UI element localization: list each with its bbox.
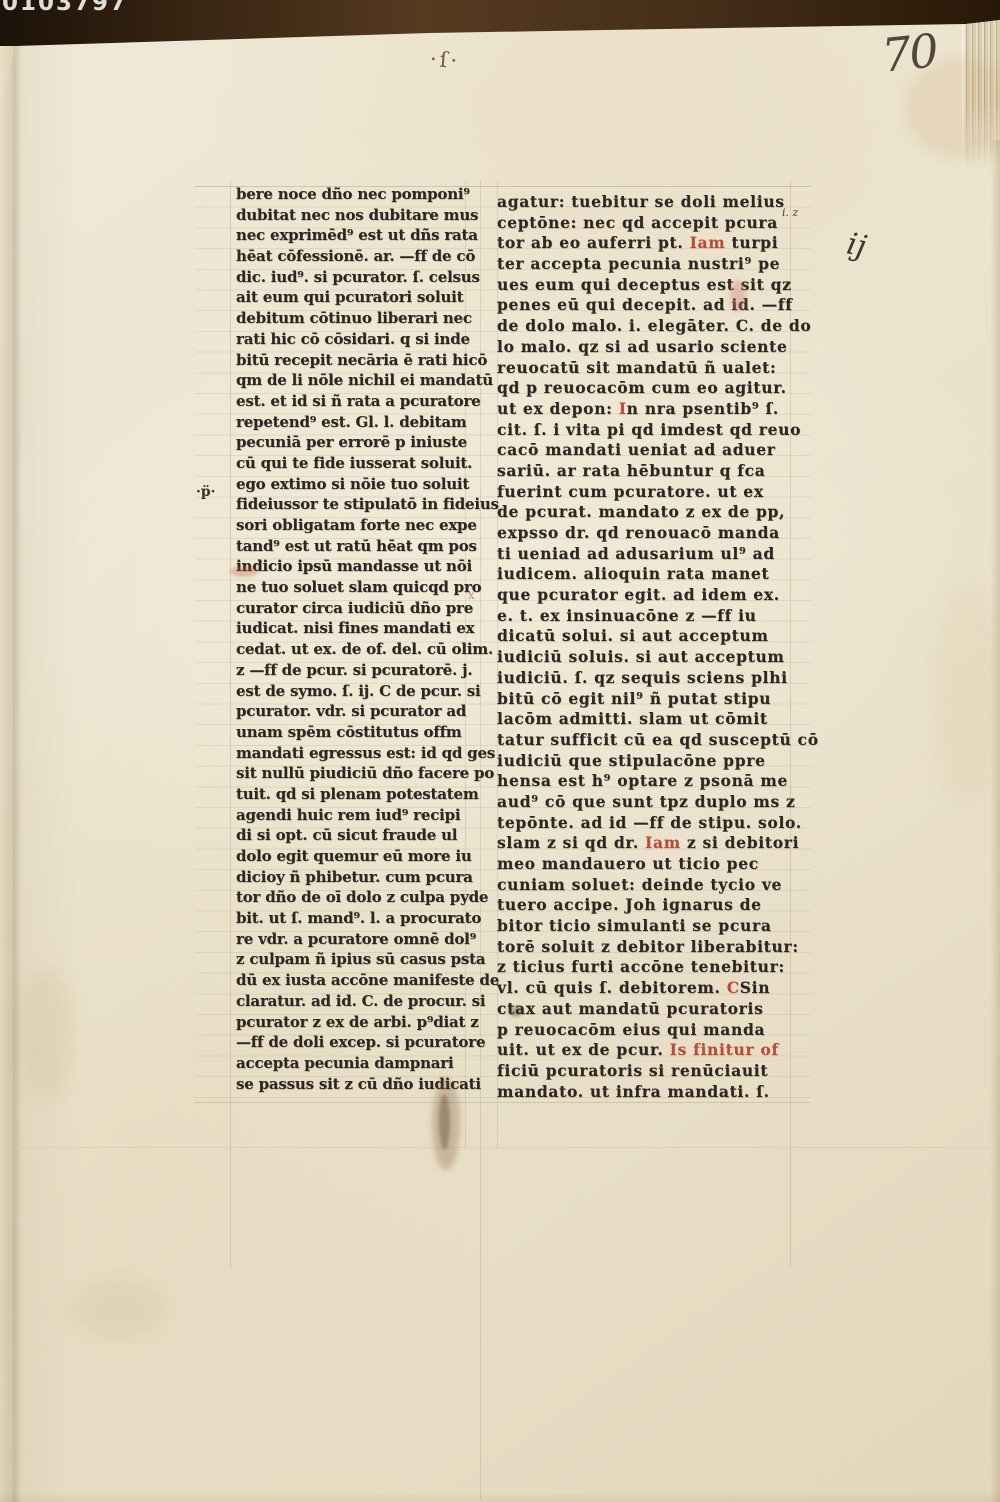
text-line: ego extimo si nōie tuo soluit [236,474,468,495]
stain [905,58,1000,158]
text-line: ctax aut mandatū pcuratoris [497,999,791,1020]
text-line: re vdr. a pcuratore omnē dol⁹ [236,929,468,950]
text-line: que pcurator egit. ad idem ex. [497,585,791,606]
text-line: expsso dr. qd renouacō manda [497,523,791,544]
text-line: pecuniā per errorē p iniuste [236,432,468,453]
text-line: reuocatū sit mandatū ñ ualet: [497,358,791,379]
text-line: est. et id si ñ rata a pcuratore [236,391,468,412]
text-line: dolo egit quemur eū more iu [236,846,468,867]
text-line: ut ex depon: In nra psentib⁹ ſ. [497,399,791,420]
text-line: tuero accipe. Joh ignarus de [497,895,791,916]
text-line: sori obligatam forte nec expe [236,515,468,536]
text-line: dicioy ñ phibetur. cum pcura [236,867,468,888]
text-line: lacōm admitti. slam ut cōmit [497,709,791,730]
text-line: iudicat. nisi fines mandati ex [236,618,468,639]
text-line: tepōnte. ad id —ff de stipu. solo. [497,813,791,834]
text-line: indicio ipsū mandasse ut nōi [236,556,468,577]
text-line: mandato. ut infra mandati. ſ. [497,1082,791,1103]
text-line: tand⁹ est ut ratū hēat qm pos [236,536,468,557]
text-line: claratur. ad id. C. de procur. si [236,991,468,1012]
ruling-vertical [230,180,231,1268]
text-line: bitor ticio simulanti se pcura [497,916,791,937]
text-line: fideiussor te stipulatō in fideius [236,494,468,515]
text-line: bit. ut ſ. mand⁹. l. a procurato [236,908,468,929]
text-line: iudiciū. ſ. qz sequis sciens plhi [497,668,791,689]
text-line: di si opt. cū sicut fraude ul [236,825,468,846]
text-line: debitum cōtinuo liberari nec [236,308,468,329]
text-column-left: bere noce dño nec pomponi⁹dubitat nec no… [236,184,468,1094]
text-line: iudiciū que stipulacōne ppre [497,751,791,772]
margin-mark-x: x [468,588,475,602]
manuscript-page: 70 ·ſ· bere noce dño nec pomponi⁹dubitat… [0,0,1000,1502]
text-line: cedat. ut ex. de of. del. cū olim. [236,639,468,660]
text-line: tatur sufficit cū ea qd susceptū cō [497,730,791,751]
text-line: pcurator. vdr. si pcurator ad [236,701,468,722]
text-line: ues eum qui deceptus est sit qz [497,275,791,296]
text-line: accepta pecunia dampnari [236,1053,468,1074]
text-line: qd p reuocacōm cum eo agitur. [497,378,791,399]
shelfmark: 0103797 [2,0,128,16]
text-column-right: agatur: tuebitur se doli meliusceptōne: … [497,192,791,1102]
stain [935,580,1000,800]
text-line: tor dño de oī dolo z culpa pyde [236,887,468,908]
rubricated-text: I [619,399,627,418]
text-line: se passus sit z cū dño iudicati [236,1074,468,1095]
rubricated-text: Is finitur of [670,1040,779,1059]
text-line: pcurator z ex de arbi. p⁹diat z [236,1012,468,1033]
rubricated-text: Iam [690,233,726,252]
margin-mark-paragraph: ·p̈· [196,484,216,500]
text-line: sit nullū piudiciū dño facere po [236,763,468,784]
text-line: cit. ſ. i vita pi qd imdest qd reuo [497,420,791,441]
text-line: penes eū qui decepit. ad id. —ff [497,295,791,316]
text-line: dubitat nec nos dubitare mus [236,205,468,226]
text-line: bitū cō egit nil⁹ ñ putat stipu [497,689,791,710]
text-line: cuniam soluet: deinde tycio ve [497,875,791,896]
text-line: e. t. ex insinuacōne z —ff iu [497,606,791,627]
text-line: rati hic cō cōsidari. q si inde [236,329,468,350]
rubricated-text: Iam [645,833,681,852]
page-bottom-edge [0,1492,1000,1502]
text-line: ceptōne: nec qd accepit pcura [497,213,791,234]
stain [70,1278,165,1340]
text-line: repetend⁹ est. Gl. l. debitam [236,412,468,433]
rubricated-text: C [727,978,740,997]
text-line: ter accepta pecunia nustri⁹ pe [497,254,791,275]
page-top-edge [0,7,1000,33]
stain [508,1006,523,1017]
stain [439,1094,450,1150]
text-line: ne tuo soluet slam quicqd pro [236,577,468,598]
text-line: mandati egressus est: id qd ges [236,743,468,764]
text-line: iudicem. alioquin rata manet [497,564,791,585]
text-line: de dolo malo. i. elegāter. C. de do [497,316,791,337]
text-line: iudiciū soluis. si aut acceptum [497,647,791,668]
text-line: ficiū pcuratoris si renūciauit [497,1061,791,1082]
stain [730,280,746,312]
text-line: sariū. ar rata hēbuntur q fca [497,461,791,482]
text-line: p reuocacōm eius qui manda [497,1020,791,1041]
ruling-horizontal [20,1147,990,1148]
text-line: meo mandauero ut ticio pec [497,854,791,875]
text-line: ait eum qui pcuratori soluit [236,287,468,308]
text-line: bitū recepit necāria ē rati hicō [236,350,468,371]
text-line: qm de li nōle nichil ei mandatū [236,370,468,391]
text-line: hēat cōfessionē. ar. —ff de cō [236,246,468,267]
text-line: cū qui te fide iusserat soluit. [236,453,468,474]
text-line: vl. cū quis ſ. debitorem. CSin [497,978,791,999]
text-line: dic. iud⁹. si pcurator. ſ. celsus [236,267,468,288]
text-line: tor ab eo auferri pt. Iam turpi [497,233,791,254]
text-line: fuerint cum pcuratore. ut ex [497,482,791,503]
text-line: torē soluit z debitor liberabitur: [497,937,791,958]
gutter-shadow [0,30,80,1502]
text-line: de pcurat. mandato z ex de pp, [497,502,791,523]
text-line: uit. ut ex de pcur. Is finitur of [497,1040,791,1061]
stain [230,566,258,577]
text-line: dū ex iusta accōne manifeste de [236,970,468,991]
text-line: slam z si qd dr. Iam z si debitori [497,833,791,854]
manuscript-photo: { "page": { "shelfmark": "0103797", "fol… [0,0,1000,1502]
text-line: nec exprimēd⁹ est ut dñs rata [236,225,468,246]
text-line: agatur: tuebitur se doli melius [497,192,791,213]
text-line: dicatū solui. si aut acceptum [497,626,791,647]
text-line: unam spēm cōstitutus offm [236,722,468,743]
stain [18,970,73,1100]
text-line: —ff de doli excep. si pcuratore [236,1032,468,1053]
text-line: tuit. qd si plenam potestatem [236,784,468,805]
text-line: z culpam ñ ipius sū casus psta [236,949,468,970]
text-line: est de symo. ſ. ij. C de pcur. si [236,681,468,702]
margin-mark-flourish: ij [844,226,870,264]
page-right-edge [990,140,1000,1502]
text-line: bere noce dño nec pomponi⁹ [236,184,468,205]
text-line: cacō mandati ueniat ad aduer [497,440,791,461]
text-line: z —ff de pcur. si pcuratorē. j. [236,660,468,681]
quire-mark: ·ſ· [429,47,461,73]
text-line: lo malo. qz si ad usario sciente [497,337,791,358]
text-line: curator circa iudiciū dño pre [236,598,468,619]
text-line: z ticius furti accōne tenebitur: [497,957,791,978]
text-line: ti ueniad ad adusarium ul⁹ ad [497,544,791,565]
text-line: hensa est h⁹ optare z psonā me [497,771,791,792]
text-line: agendi huic rem iud⁹ recipi [236,805,468,826]
margin-mark-note: i. z [782,206,798,219]
text-line: aud⁹ cō que sunt tpz duplo ms z [497,792,791,813]
